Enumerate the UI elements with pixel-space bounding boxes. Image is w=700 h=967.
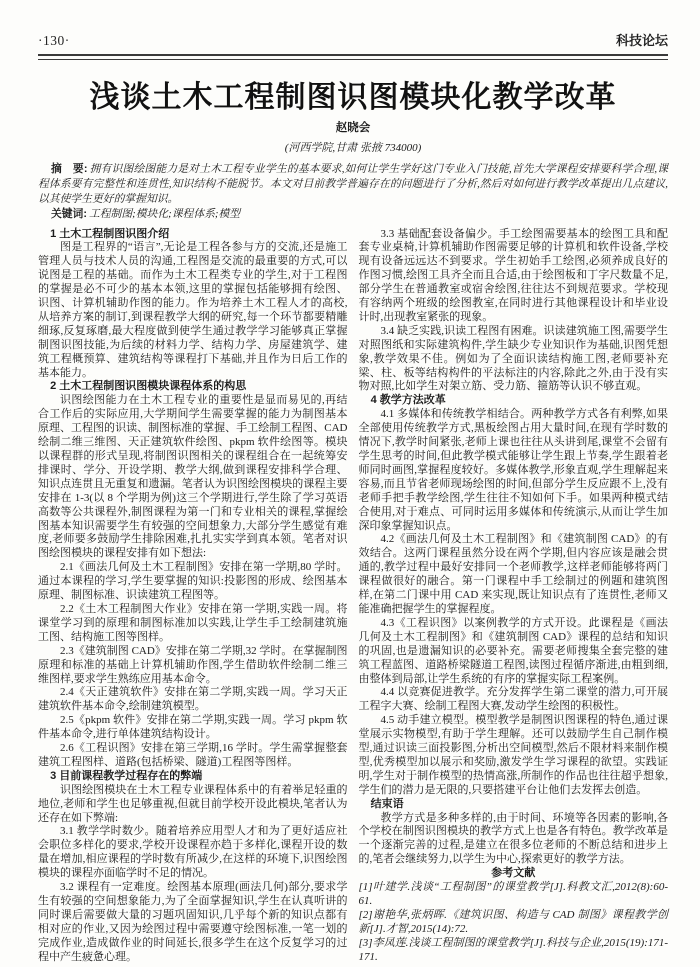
journal-page: ·130· 科技论坛 浅谈土木工程制图识图模块化教学改革 赵晓会 (河西学院,甘… bbox=[0, 0, 700, 967]
body-paragraph: 2.1《画法几何及土木工程制图》安排在第一学期,80 学时。通过本课程的学习,学… bbox=[38, 561, 348, 603]
body-paragraph: 3.2 课程有一定难度。绘图基本原理(画法几何)部分,要求学生有较强的空间想象能… bbox=[38, 881, 348, 964]
body-paragraph: 2.6《工程识图》安排在第三学期,16 学时。学生需掌握整套建筑工程图样、道路(… bbox=[38, 742, 348, 770]
body-paragraph: 2.4《天正建筑软件》安排在第二学期,实践一周。学习天正建筑软件基本命令,绘制建… bbox=[38, 686, 348, 714]
body-paragraph: 4.4 以竞赛促进教学。充分发挥学生第二课堂的潜力,可开展工程字大赛、绘制工程图… bbox=[359, 686, 669, 714]
section-heading: 1 土木工程制图识图介绍 bbox=[38, 228, 348, 242]
two-column-body: 1 土木工程制图识图介绍图是工程界的“语言”,无论是工程各参与方的交流,还是施工… bbox=[38, 228, 668, 965]
body-paragraph: 教学方式是多种多样的,由于时间、环境等各因素的影响,各个学校在制图识图模块的教学… bbox=[359, 812, 669, 868]
section-heading: 2 土木工程制图识图模块课程体系的构思 bbox=[38, 380, 348, 394]
body-paragraph: 3.3 基础配套设备偏少。手工绘图需要基本的绘图工具和配套专业桌椅,计算机辅助作… bbox=[359, 228, 669, 325]
keywords-line: 关键词:工程制图;模块化;课程体系;模型 bbox=[38, 207, 668, 222]
page-number: ·130· bbox=[38, 33, 70, 49]
keywords-label: 关键词: bbox=[51, 208, 89, 220]
body-paragraph: 2.5《pkpm 软件》安排在第二学期,实践一周。学习 pkpm 软件基本命令,… bbox=[38, 714, 348, 742]
reference-item: [1]叶建学.浅谈“工程制图”的课堂教学[J].科教文汇,2012(8):60-… bbox=[359, 881, 669, 909]
references-heading: 参考文献 bbox=[359, 867, 669, 881]
reference-item: [3]李凤莲.浅谈工程制图的课堂教学[J].科技与企业,2015(19):171… bbox=[359, 937, 669, 965]
page-header: ·130· 科技论坛 bbox=[38, 30, 668, 49]
body-paragraph: 3.4 缺乏实践,识读工程图有困难。识读建筑施工图,需要学生对照图纸和实际建筑构… bbox=[359, 325, 669, 395]
keywords-text: 工程制图;模块化;课程体系;模型 bbox=[89, 208, 240, 220]
section-heading: 4 教学方法改革 bbox=[359, 394, 669, 408]
body-paragraph: 识图绘图模块在土木工程专业课程体系中的有着举足轻重的地位,老师和学生也足够重视,… bbox=[38, 784, 348, 826]
article-affiliation: (河西学院,甘肃 张掖 734000) bbox=[38, 139, 668, 155]
section-heading: 3 目前课程教学过程存在的弊端 bbox=[38, 770, 348, 784]
header-divider-rule bbox=[38, 54, 668, 60]
body-paragraph: 2.2《土木工程制图大作业》安排在第一学期,实践一周。将课堂学习到的原理和制图标… bbox=[38, 603, 348, 645]
abstract-label: 摘 要: bbox=[51, 163, 89, 175]
body-paragraph: 识图绘图能力在土木工程专业的重要性是显而易见的,再结合工作后的实际应用,大学期间… bbox=[38, 394, 348, 561]
reference-item: [2]谢艳华,张炳晖.《建筑识图、构造与 CAD 制图》课程教学创新[J].才智… bbox=[359, 909, 669, 937]
body-paragraph: 4.2《画法几何及土木工程制图》和《建筑制图 CAD》的有效结合。这两门课程虽然… bbox=[359, 533, 669, 616]
body-paragraph: 图是工程界的“语言”,无论是工程各参与方的交流,还是施工管理人员与技术人员的沟通… bbox=[38, 241, 348, 380]
body-paragraph: 2.3《建筑制图 CAD》安排在第二学期,32 学时。在掌握制图原理和标准的基础… bbox=[38, 645, 348, 687]
body-paragraph: 3.1 教学学时数少。随着培养应用型人才和为了更好适应社会职位多样化的要求,学校… bbox=[38, 825, 348, 881]
abstract-text: 拥有识图绘图能力是对土木工程专业学生的基本要求,如何让学生学好这门专业入门技能,… bbox=[38, 163, 668, 205]
body-paragraph: 4.5 动手建立模型。模型教学是制图识图课程的特色,通过课堂展示实物模型,有助于… bbox=[359, 714, 669, 797]
journal-section-label: 科技论坛 bbox=[616, 30, 668, 49]
section-heading: 结束语 bbox=[359, 798, 669, 812]
left-column: 1 土木工程制图识图介绍图是工程界的“语言”,无论是工程各参与方的交流,还是施工… bbox=[38, 228, 348, 965]
article-author: 赵晓会 bbox=[38, 119, 668, 135]
article-title: 浅谈土木工程制图识图模块化教学改革 bbox=[38, 72, 668, 116]
right-column: 3.3 基础配套设备偏少。手工绘图需要基本的绘图工具和配套专业桌椅,计算机辅助作… bbox=[359, 228, 669, 965]
body-paragraph: 4.3《工程识图》以案例教学的方式开设。此课程是《画法几何及土木工程制图》和《建… bbox=[359, 617, 669, 687]
abstract-paragraph: 摘 要:拥有识图绘图能力是对土木工程专业学生的基本要求,如何让学生学好这门专业入… bbox=[38, 162, 668, 207]
body-paragraph: 4.1 多媒体和传统教学相结合。两种教学方式各有利弊,如果全部使用传统教学方式,… bbox=[359, 408, 669, 533]
